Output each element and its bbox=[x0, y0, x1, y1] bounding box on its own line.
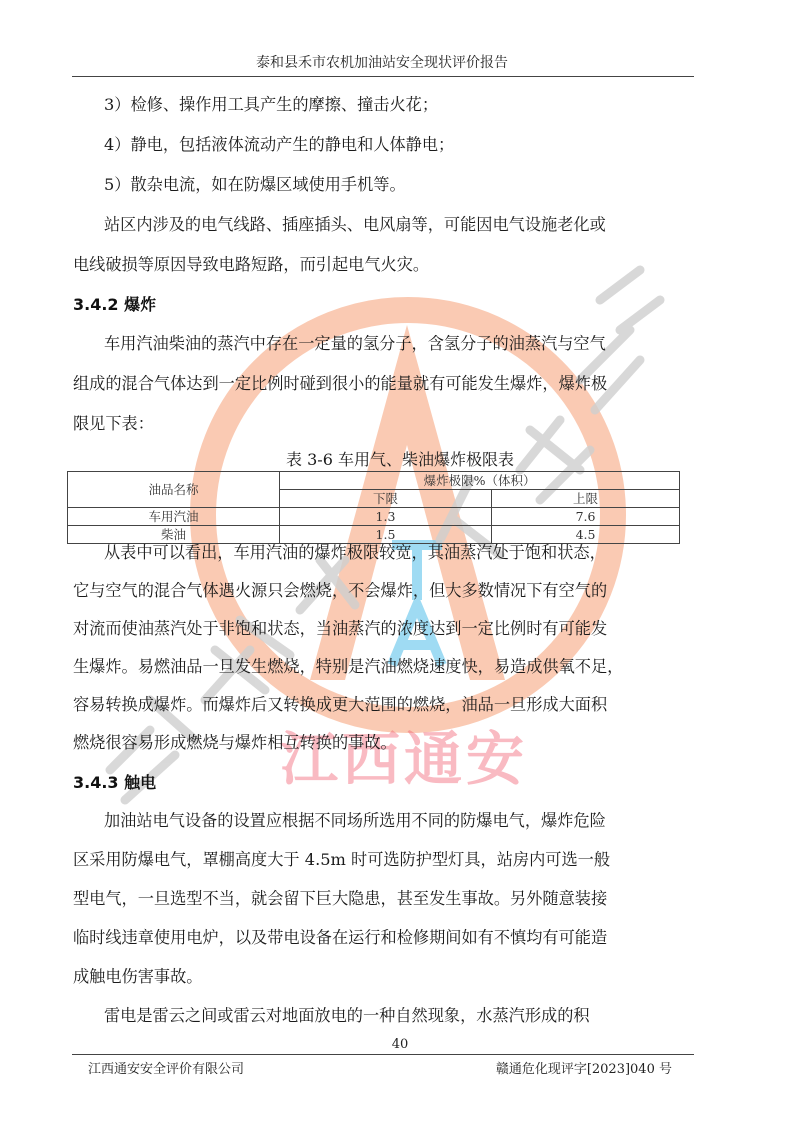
explosion-limit-table: 油品名称 爆炸极限%（体积） 下限 上限 车用汽油 1.3 7.6 柴油 1.5… bbox=[67, 471, 680, 544]
paragraph-line: 型电气，一旦选型不当，就会留下巨大隐患，甚至发生事故。另外随意装接 bbox=[73, 888, 695, 910]
header-oil-name: 油品名称 bbox=[68, 472, 280, 508]
header-explosion-limit: 爆炸极限%（体积） bbox=[280, 472, 680, 490]
paragraph-line: 限见下表： bbox=[73, 413, 695, 435]
header-upper-limit: 上限 bbox=[492, 490, 680, 508]
cell-oil-name: 柴油 bbox=[68, 526, 280, 544]
paragraph-line: 站区内涉及的电气线路、插座插头、电风扇等，可能因电气设施老化或 bbox=[73, 214, 695, 236]
cell-oil-name: 车用汽油 bbox=[68, 508, 280, 526]
paragraph-line: 它与空气的混合气体遇火源只会燃烧，不会爆炸，但大多数情况下有空气的 bbox=[73, 580, 695, 602]
footer-rule bbox=[72, 1054, 694, 1055]
table-row: 柴油 1.5 4.5 bbox=[68, 526, 680, 544]
section-heading-3-4-3: 3.4.3 触电 bbox=[73, 770, 156, 793]
paragraph-line: 对流而使油蒸汽处于非饱和状态，当油蒸汽的浓度达到一定比例时有可能发 bbox=[73, 618, 695, 640]
cell-lower: 1.5 bbox=[280, 526, 492, 544]
header-rule bbox=[72, 76, 694, 77]
paragraph-line: 容易转换成爆炸。而爆炸后又转换成更大范围的燃烧，油品一旦形成大面积 bbox=[73, 694, 695, 716]
watermark-logo-icon bbox=[0, 0, 800, 1131]
section-heading-3-4-2: 3.4.2 爆炸 bbox=[73, 292, 156, 315]
list-item: 3）检修、操作用工具产生的摩擦、撞击火花； bbox=[73, 94, 695, 116]
paragraph-line: 车用汽油柴油的蒸汽中存在一定量的氢分子，含氢分子的油蒸汽与空气 bbox=[73, 333, 695, 355]
list-item: 5）散杂电流，如在防爆区域使用手机等。 bbox=[73, 174, 695, 196]
table-header-row: 油品名称 爆炸极限%（体积） bbox=[68, 472, 680, 490]
cell-upper: 4.5 bbox=[492, 526, 680, 544]
table-row: 车用汽油 1.3 7.6 bbox=[68, 508, 680, 526]
paragraph-line: 燃烧很容易形成燃烧与爆炸相互转换的事故。 bbox=[73, 732, 695, 754]
footer-doc-number: 赣通危化现评字[2023]040 号 bbox=[390, 1058, 672, 1077]
running-header-title: 泰和县禾市农机加油站安全现状评价报告 bbox=[72, 52, 692, 72]
paragraph-line: 临时线违章使用电炉，以及带电设备在运行和检修期间如有不慎均有可能造 bbox=[73, 927, 695, 949]
footer-company: 江西通安安全评价有限公司 bbox=[88, 1058, 244, 1077]
paragraph-line: 加油站电气设备的设置应根据不同场所选用不同的防爆电气，爆炸危险 bbox=[73, 810, 695, 832]
header-lower-limit: 下限 bbox=[280, 490, 492, 508]
paragraph-line: 电线破损等原因导致电路短路，而引起电气火灾。 bbox=[73, 254, 695, 276]
cell-lower: 1.3 bbox=[280, 508, 492, 526]
paragraph-line: 区采用防爆电气，罩棚高度大于 4.5m 时可选防护型灯具，站房内可选一般 bbox=[73, 849, 695, 871]
table-caption: 表 3-6 车用气、柴油爆炸极限表 bbox=[0, 447, 800, 470]
paragraph-line: 成触电伤害事故。 bbox=[73, 966, 695, 988]
paragraph-line: 生爆炸。易燃油品一旦发生燃烧，特别是汽油燃烧速度快，易造成供氧不足， bbox=[73, 656, 695, 678]
paragraph-line: 组成的混合气体达到一定比例时碰到很小的能量就有可能发生爆炸，爆炸极 bbox=[73, 373, 695, 395]
cell-upper: 7.6 bbox=[492, 508, 680, 526]
paragraph-line: 雷电是雷云之间或雷云对地面放电的一种自然现象，水蒸汽形成的积 bbox=[73, 1005, 695, 1027]
list-item: 4）静电，包括液体流动产生的静电和人体静电； bbox=[73, 134, 695, 156]
document-page: 江西通安 泰和县禾市农机加油站安全现状评价报告 3）检修、操作用工具产生的摩擦、… bbox=[0, 0, 800, 1131]
watermark: 江西通安 bbox=[0, 0, 800, 1131]
watermark-red-text: 江西通安 bbox=[280, 712, 528, 796]
paragraph-line: 从表中可以看出，车用汽油的爆炸极限较宽，其油蒸汽处于饱和状态， bbox=[73, 542, 695, 564]
page-number: 40 bbox=[0, 1037, 800, 1052]
